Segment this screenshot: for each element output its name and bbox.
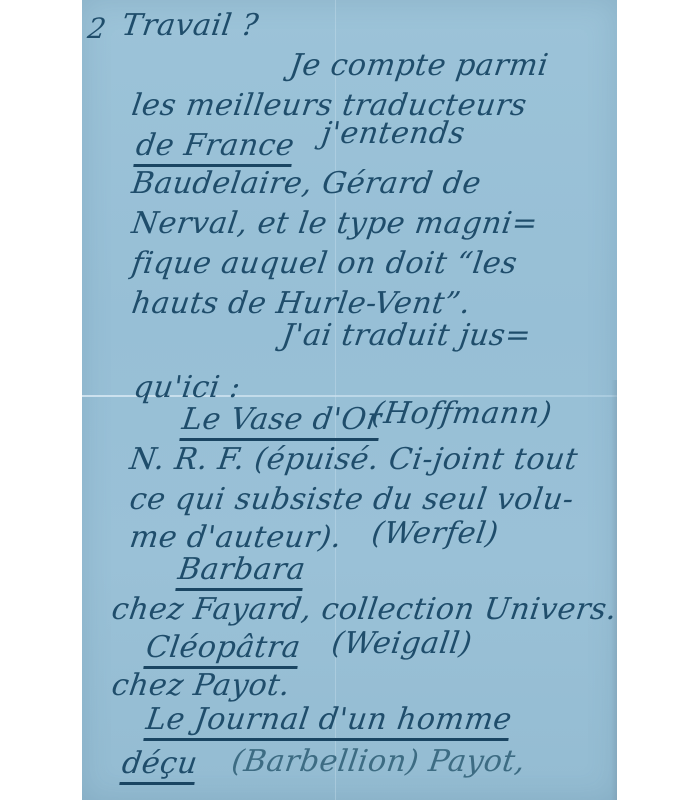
handwritten-line: ce qui subsiste du seul volu- — [128, 482, 577, 517]
handwritten-line: J'ai traduit jus= — [280, 318, 534, 353]
handwritten-line: chez Fayard, collection Univers. — [110, 592, 620, 627]
handwritten-line: (Hoffmann) — [370, 396, 555, 431]
handwritten-line: j'entends — [320, 116, 468, 151]
paper-edge-shadow — [611, 380, 617, 800]
handwritten-line-underlined: Le Journal d'un homme — [143, 702, 514, 741]
handwritten-line: Nerval, et le type magni= — [130, 206, 541, 241]
handwritten-line: (Barbellion) Payot, — [230, 744, 528, 779]
handwritten-line-underlined: de France — [133, 128, 296, 167]
handwritten-line: (Werfel) — [370, 516, 501, 551]
handwritten-line: Travail ? — [120, 8, 261, 43]
handwritten-line-underlined: Cléopâtra — [143, 630, 303, 669]
handwritten-line: qu'ici : — [132, 370, 243, 405]
handwritten-line: N. R. F. (épuisé. Ci-joint tout — [128, 442, 581, 477]
handwritten-line: chez Payot. — [110, 668, 293, 703]
handwritten-line-underlined: Barbara — [175, 552, 308, 591]
handwritten-line: hauts de Hurle-Vent”. — [130, 286, 473, 321]
handwritten-line-underlined: Le Vase d'Or — [179, 402, 384, 441]
handwritten-line: Je compte parmi — [288, 48, 551, 83]
page-number: 2 — [86, 12, 109, 45]
handwritten-line: (Weigall) — [330, 626, 475, 661]
handwritten-line: Baudelaire, Gérard de — [130, 166, 484, 201]
letter-page: 2 Travail ? Je compte parmi les meilleur… — [82, 0, 617, 800]
handwritten-line-underlined: déçu — [119, 746, 200, 785]
handwritten-line: me d'auteur). — [128, 520, 345, 555]
handwritten-line: fique auquel on doit “les — [130, 246, 520, 281]
